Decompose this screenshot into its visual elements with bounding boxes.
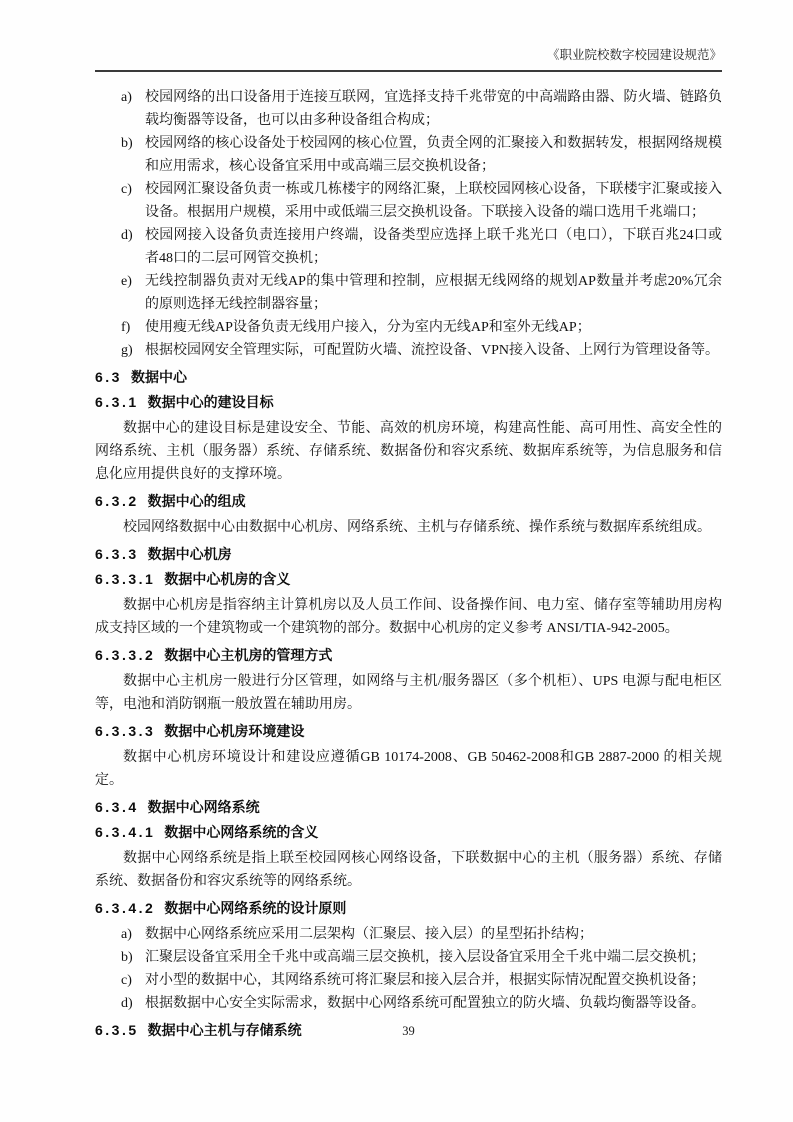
list-item-label: e) [121,270,145,293]
list-item-text: 数据中心网络系统应采用二层架构（汇聚层、接入层）的星型拓扑结构； [145,923,722,946]
list-item: c) 对小型的数据中心，其网络系统可将汇聚层和接入层合并，根据实际情况配置交换机… [95,969,722,992]
section-title: 数据中心网络系统 [148,799,260,815]
document-page: 《职业院校数字校园建设规范》 a) 校园网络的出口设备用于连接互联网，宜选择支持… [0,0,793,1122]
page-header: 《职业院校数字校园建设规范》 [95,47,722,72]
section-heading-6-3-4: 6.3.4数据中心网络系统 [95,798,722,817]
header-title: 《职业院校数字校园建设规范》 [547,48,722,62]
page-number: 39 [402,1024,415,1038]
list-item-text: 无线控制器负责对无线AP的集中管理和控制，应根据无线网络的规划AP数量并考虑20… [145,270,722,316]
list-item-label: c) [121,178,145,201]
list-item: b) 汇聚层设备宜采用全千兆中或高端三层交换机，接入层设备宜采用全千兆中端二层交… [95,946,722,969]
list-item-label: d) [121,992,145,1015]
section-title: 数据中心机房 [148,546,232,562]
section-title: 数据中心网络系统的含义 [164,824,318,840]
list-item: f) 使用瘦无线AP设备负责无线用户接入，分为室内无线AP和室外无线AP； [95,316,722,339]
list-item-label: b) [121,132,145,155]
paragraph: 数据中心机房环境设计和建设应遵循GB 10174-2008、GB 50462-2… [95,746,722,792]
list-item-text: 根据数据中心安全实际需求，数据中心网络系统可配置独立的防火墙、负载均衡器等设备。 [145,992,722,1015]
section-heading-6-3-3-3: 6.3.3.3数据中心机房环境建设 [95,722,722,741]
section-number: 6.3.4.2 [95,900,155,916]
section-number: 6.3 [95,369,122,385]
list-item-label: f) [121,316,145,339]
paragraph: 数据中心网络系统是指上联至校园网核心网络设备，下联数据中心的主机（服务器）系统、… [95,847,722,893]
list-item: c) 校园网汇聚设备负责一栋或几栋楼宇的网络汇聚，上联校园网核心设备，下联楼宇汇… [95,178,722,224]
list-item-text: 校园网汇聚设备负责一栋或几栋楼宇的网络汇聚，上联校园网核心设备，下联楼宇汇聚或接… [145,178,722,224]
list-item: g) 根据校园网安全管理实际，可配置防火墙、流控设备、VPN接入设备、上网行为管… [95,339,722,362]
section-number: 6.3.3.3 [95,723,155,739]
list-item: e) 无线控制器负责对无线AP的集中管理和控制，应根据无线网络的规划AP数量并考… [95,270,722,316]
paragraph: 校园网络数据中心由数据中心机房、网络系统、主机与存储系统、操作系统与数据库系统组… [95,516,722,539]
list-item-label: c) [121,969,145,992]
list-item: b) 校园网络的核心设备处于校园网的核心位置，负责全网的汇聚接入和数据转发，根据… [95,132,722,178]
list-item-text: 校园网络的核心设备处于校园网的核心位置，负责全网的汇聚接入和数据转发，根据网络规… [145,132,722,178]
campus-network-equipment-list: a) 校园网络的出口设备用于连接互联网，宜选择支持千兆带宽的中高端路由器、防火墙… [95,86,722,362]
list-item-label: a) [121,923,145,946]
list-item-label: a) [121,86,145,109]
section-number: 6.3.4.1 [95,824,155,840]
paragraph: 数据中心机房是指容纳主计算机房以及人员工作间、设备操作间、电力室、储存室等辅助用… [95,594,722,640]
list-item-label: b) [121,946,145,969]
list-item: d) 校园网接入设备负责连接用户终端，设备类型应选择上联千兆光口（电口），下联百… [95,224,722,270]
section-title: 数据中心机房环境建设 [164,723,304,739]
section-title: 数据中心的建设目标 [148,394,274,410]
page-footer: 39 [95,1023,722,1040]
paragraph: 数据中心主机房一般进行分区管理，如网络与主机/服务器区（多个机柜）、UPS 电源… [95,670,722,716]
list-item: a) 校园网络的出口设备用于连接互联网，宜选择支持千兆带宽的中高端路由器、防火墙… [95,86,722,132]
section-title: 数据中心主机房的管理方式 [164,647,332,663]
list-item-text: 对小型的数据中心，其网络系统可将汇聚层和接入层合并，根据实际情况配置交换机设备； [145,969,722,992]
section-title: 数据中心机房的含义 [164,571,290,587]
section-number: 6.3.1 [95,394,139,410]
section-heading-6-3-3: 6.3.3数据中心机房 [95,545,722,564]
section-number: 6.3.3 [95,546,139,562]
section-heading-6-3-3-2: 6.3.3.2数据中心主机房的管理方式 [95,646,722,665]
list-item-text: 校园网接入设备负责连接用户终端，设备类型应选择上联千兆光口（电口），下联百兆24… [145,224,722,270]
list-item-label: g) [121,339,145,362]
list-item-label: d) [121,224,145,247]
list-item-text: 汇聚层设备宜采用全千兆中或高端三层交换机，接入层设备宜采用全千兆中端二层交换机； [145,946,722,969]
section-heading-6-3-2: 6.3.2数据中心的组成 [95,492,722,511]
list-item: a) 数据中心网络系统应采用二层架构（汇聚层、接入层）的星型拓扑结构； [95,923,722,946]
section-title: 数据中心网络系统的设计原则 [164,900,346,916]
section-number: 6.3.2 [95,493,139,509]
datacenter-network-design-list: a) 数据中心网络系统应采用二层架构（汇聚层、接入层）的星型拓扑结构； b) 汇… [95,923,722,1015]
list-item: d) 根据数据中心安全实际需求，数据中心网络系统可配置独立的防火墙、负载均衡器等… [95,992,722,1015]
section-heading-6-3-3-1: 6.3.3.1数据中心机房的含义 [95,570,722,589]
section-number: 6.3.3.2 [95,647,155,663]
page-content: a) 校园网络的出口设备用于连接互联网，宜选择支持千兆带宽的中高端路由器、防火墙… [95,86,722,1045]
section-heading-6-3-1: 6.3.1数据中心的建设目标 [95,393,722,412]
list-item-text: 校园网络的出口设备用于连接互联网，宜选择支持千兆带宽的中高端路由器、防火墙、链路… [145,86,722,132]
list-item-text: 根据校园网安全管理实际，可配置防火墙、流控设备、VPN接入设备、上网行为管理设备… [145,339,722,362]
section-title: 数据中心的组成 [148,493,246,509]
section-number: 6.3.4 [95,799,139,815]
section-number: 6.3.3.1 [95,571,155,587]
list-item-text: 使用瘦无线AP设备负责无线用户接入，分为室内无线AP和室外无线AP； [145,316,722,339]
section-heading-6-3: 6.3数据中心 [95,368,722,387]
section-heading-6-3-4-1: 6.3.4.1数据中心网络系统的含义 [95,823,722,842]
paragraph: 数据中心的建设目标是建设安全、节能、高效的机房环境，构建高性能、高可用性、高安全… [95,417,722,486]
section-heading-6-3-4-2: 6.3.4.2数据中心网络系统的设计原则 [95,899,722,918]
section-title: 数据中心 [131,369,187,385]
